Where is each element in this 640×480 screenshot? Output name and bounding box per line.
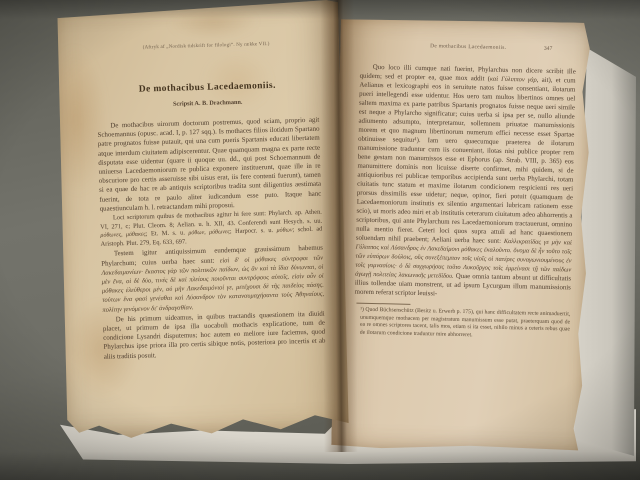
paragraph-1: De mothacibus uirorum doctorum postremus… (97, 116, 321, 214)
left-page: (Aftryk af „Nordisk tidskrift for filolo… (50, 0, 350, 442)
author-byline: Scripsit A. B. Drachmann. (97, 97, 319, 110)
running-header: De mothacibus Lacedaemoniis. 347 (360, 42, 576, 57)
paragraph-2-citations: Loci scriptorum quibus de mothacibus agi… (100, 209, 323, 250)
footnote-rule (356, 303, 410, 305)
footnote: ¹) Quod Büchsenschütz (Besitz u. Erwerb … (360, 307, 571, 342)
paragraph-4: De his primum uideamus, in quibus tracta… (103, 309, 326, 361)
page-number: 347 (544, 46, 553, 52)
right-page-content: De mothacibus Lacedaemoniis. 347 Quo loc… (354, 42, 577, 342)
article-title: De mothacibus Lacedaemoniis. (96, 80, 318, 96)
right-page: De mothacibus Lacedaemoniis. 347 Quo loc… (331, 17, 593, 455)
right-page-paragraph: Quo loco illi cumque nati fuerint, Phyla… (355, 63, 576, 302)
left-page-content: (Aftryk af „Nordisk tidskrift for filolo… (95, 41, 326, 363)
book-photograph: De mothacibus Lacedaemoniis. 347 Quo loc… (0, 0, 640, 480)
paper-stain (168, 4, 259, 40)
offprint-note: (Aftryk af „Nordisk tidskrift for filolo… (95, 41, 317, 52)
paragraph-3-phylarchus-quote: Testem igitur antiquissimum eundemque gr… (101, 244, 325, 315)
